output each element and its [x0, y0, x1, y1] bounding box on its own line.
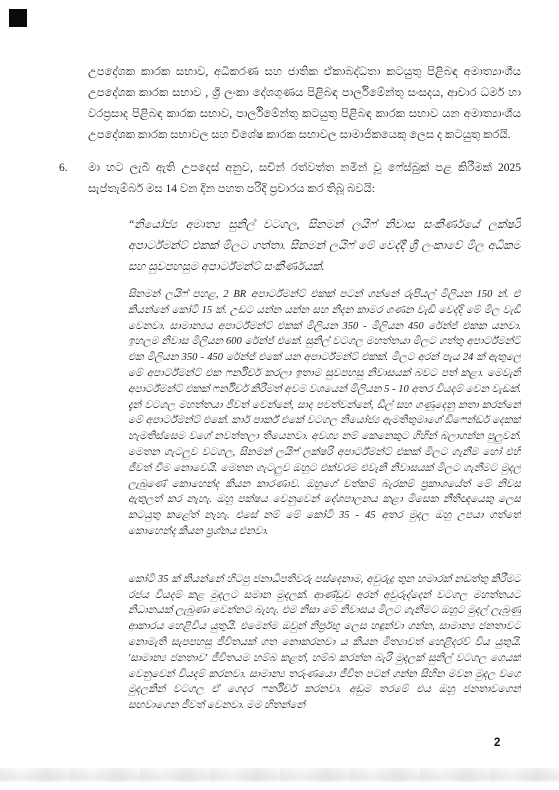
- quote-paragraph-2: සිනමන් ලයිෆ් පහළ, 2 BR අපාර්ට්මන්ට් එකක්…: [128, 287, 521, 540]
- item-text: මා හට ලැබී ඇති උපදෙස් අනුව, සචින් රත්වත්…: [88, 158, 521, 200]
- quote-paragraph-3: කෝටි 35 ක් කියන්නේ හිටපු ජනාධිපතිවරු පස්…: [128, 572, 521, 714]
- intro-paragraph: උපදේශක කාරක සභාව, අධිකරණ සහ ජාතික ඒකාබද්…: [88, 62, 521, 146]
- page-content: උපදේශක කාරක සභාව, අධිකරණ සහ ජාතික ඒකාබද්…: [88, 62, 521, 714]
- page-number: 2: [494, 737, 500, 749]
- quote-block: “නියෝජ්‍ය අමාත්‍ය සුනිල් වටගල, සිනමන් ලය…: [128, 215, 521, 714]
- scan-corner-mark: [9, 9, 27, 27]
- scan-noise-band: [0, 768, 559, 782]
- quote-paragraph-1: “නියෝජ්‍ය අමාත්‍ය සුනිල් වටගල, සිනමන් ලය…: [128, 215, 521, 278]
- document-page: උපදේශක කාරක සභාව, අධිකරණ සහ ජාතික ඒකාබද්…: [0, 0, 559, 790]
- numbered-item-6: 6. මා හට ලැබී ඇති උපදෙස් අනුව, සචින් රත්…: [59, 158, 521, 200]
- item-number: 6.: [59, 158, 88, 200]
